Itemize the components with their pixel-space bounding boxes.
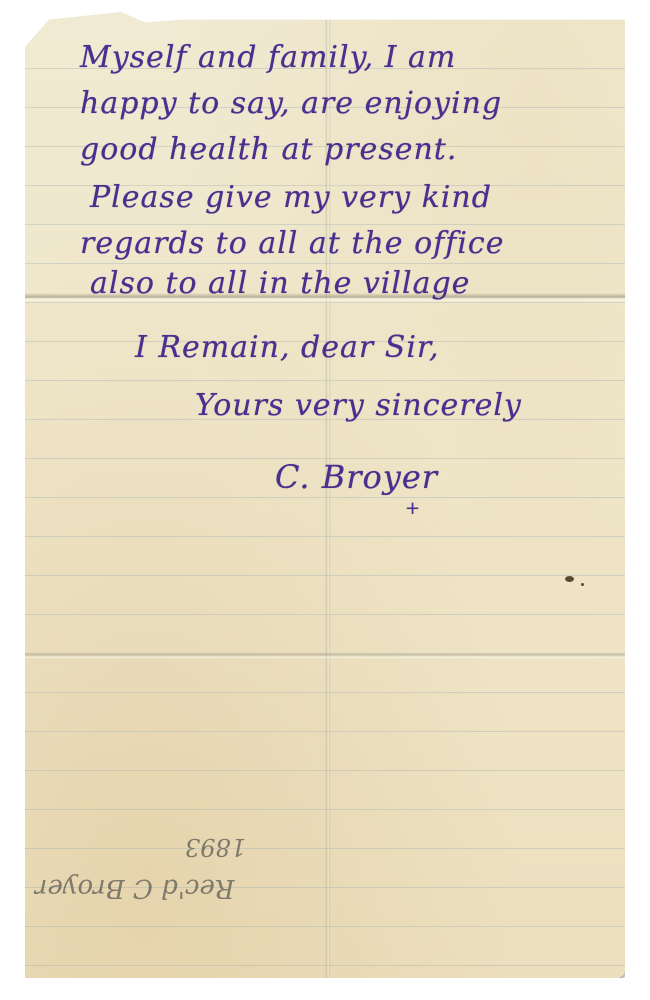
letter-page: Myself and family, I am happy to say, ar… (25, 8, 625, 978)
body-line-3: good health at present. (80, 132, 457, 167)
body-line-4: Please give my very kind (90, 180, 492, 215)
signature-flourish: + (405, 498, 421, 519)
body-line-2: happy to say, are enjoying (80, 86, 502, 121)
pencil-note-received: Rec'd C Broyer (35, 873, 234, 903)
body-line-5: regards to all at the office (80, 226, 505, 261)
body-line-1: Myself and family, I am (80, 40, 456, 75)
lower-fold (25, 653, 625, 659)
closing-remain: I Remain, dear Sir, (135, 330, 440, 365)
body-line-6: also to all in the village (90, 266, 470, 301)
signature: C. Broyer (275, 458, 438, 496)
ink-stain (565, 576, 574, 582)
ink-speck (581, 583, 584, 586)
closing-sincerely: Yours very sincerely (195, 388, 522, 423)
pencil-note-year: 1893 (185, 833, 246, 861)
